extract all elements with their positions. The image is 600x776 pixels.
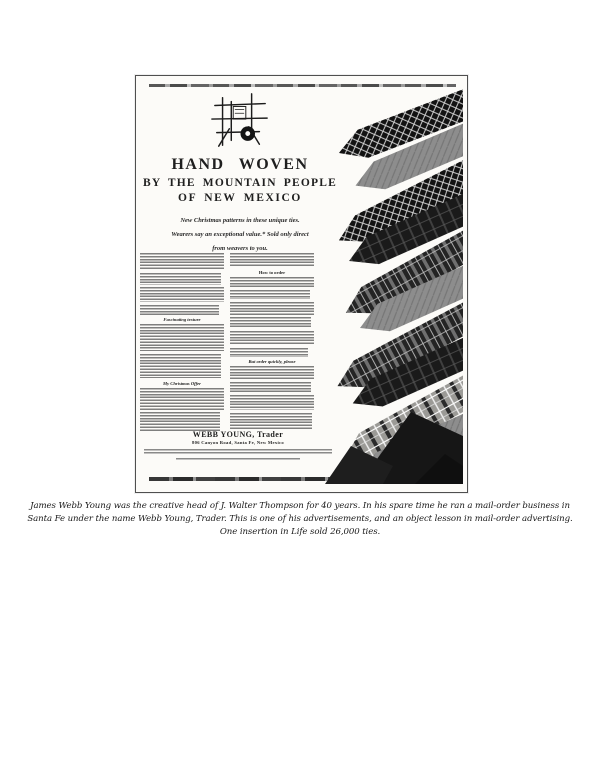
ad-subtitle: New Christmas patterns in these unique t… bbox=[138, 214, 342, 256]
section-heading-order-quickly: But order quickly, please bbox=[230, 359, 314, 364]
ad-headline: HAND WOVEN bbox=[138, 156, 342, 174]
advertiser-address: 806 Canyon Road, Santa Fe, New Mexico bbox=[136, 439, 340, 446]
ad-left-column: HAND WOVEN BY THE MOUNTAIN PEOPLE OF NEW… bbox=[138, 86, 342, 256]
loom-illustration-icon bbox=[209, 90, 271, 152]
ad-headline-line2: BY THE MOUNTAIN PEOPLE bbox=[138, 176, 342, 191]
body-column-1: Fascinating texture My Christmas Offer bbox=[140, 253, 224, 435]
paragraph-greeked bbox=[230, 317, 311, 328]
body-column-2: How to order But order quickly, please bbox=[230, 253, 314, 435]
section-heading-fascinating-texture: Fascinating texture bbox=[140, 317, 224, 322]
advertiser-name: WEBB YOUNG, Trader bbox=[136, 430, 340, 439]
scanned-advertisement: HAND WOVEN BY THE MOUNTAIN PEOPLE OF NEW… bbox=[135, 75, 468, 493]
paragraph-greeked bbox=[140, 388, 224, 410]
ad-body-columns: Fascinating texture My Christmas Offer H… bbox=[140, 253, 315, 435]
paragraph-greeked bbox=[230, 413, 312, 430]
paragraph-greeked bbox=[230, 302, 314, 315]
section-heading-christmas-offer: My Christmas Offer bbox=[140, 381, 224, 386]
paragraph-greeked bbox=[140, 324, 224, 351]
testimonial-fineprint-greeked bbox=[144, 449, 332, 461]
paragraph-greeked bbox=[230, 253, 314, 267]
paragraph-greeked bbox=[230, 331, 314, 345]
paragraph-greeked bbox=[230, 366, 314, 379]
paragraph-greeked bbox=[140, 305, 219, 315]
subtitle-line: New Christmas patterns in these unique t… bbox=[138, 214, 342, 228]
paragraph-greeked bbox=[144, 449, 332, 455]
ad-signature-block: WEBB YOUNG, Trader 806 Canyon Road, Sant… bbox=[136, 430, 340, 463]
subtitle-line: Wearers say an exceptional value.* Sold … bbox=[138, 228, 342, 242]
paragraph-greeked bbox=[140, 273, 221, 285]
section-heading-how-to-order: How to order bbox=[230, 270, 314, 275]
tie-stack bbox=[330, 86, 463, 484]
paragraph-greeked bbox=[230, 382, 311, 393]
paragraph-greeked bbox=[230, 290, 310, 299]
neckties-photo bbox=[325, 84, 463, 484]
paragraph-greeked bbox=[230, 348, 308, 357]
paragraph-greeked bbox=[230, 395, 314, 410]
caption-line: James Webb Young was the creative head o… bbox=[0, 500, 600, 513]
paragraph-greeked bbox=[176, 458, 300, 461]
figure-caption: James Webb Young was the creative head o… bbox=[0, 500, 600, 539]
paragraph-greeked bbox=[140, 287, 224, 302]
paragraph-greeked bbox=[230, 277, 314, 288]
paragraph-greeked bbox=[140, 354, 221, 378]
caption-line: Santa Fe under the name Webb Young, Trad… bbox=[0, 513, 600, 526]
ad-headline-line3: OF NEW MEXICO bbox=[138, 191, 342, 205]
paragraph-greeked bbox=[140, 253, 224, 270]
caption-line: One insertion in Life sold 26,000 ties. bbox=[0, 526, 600, 539]
